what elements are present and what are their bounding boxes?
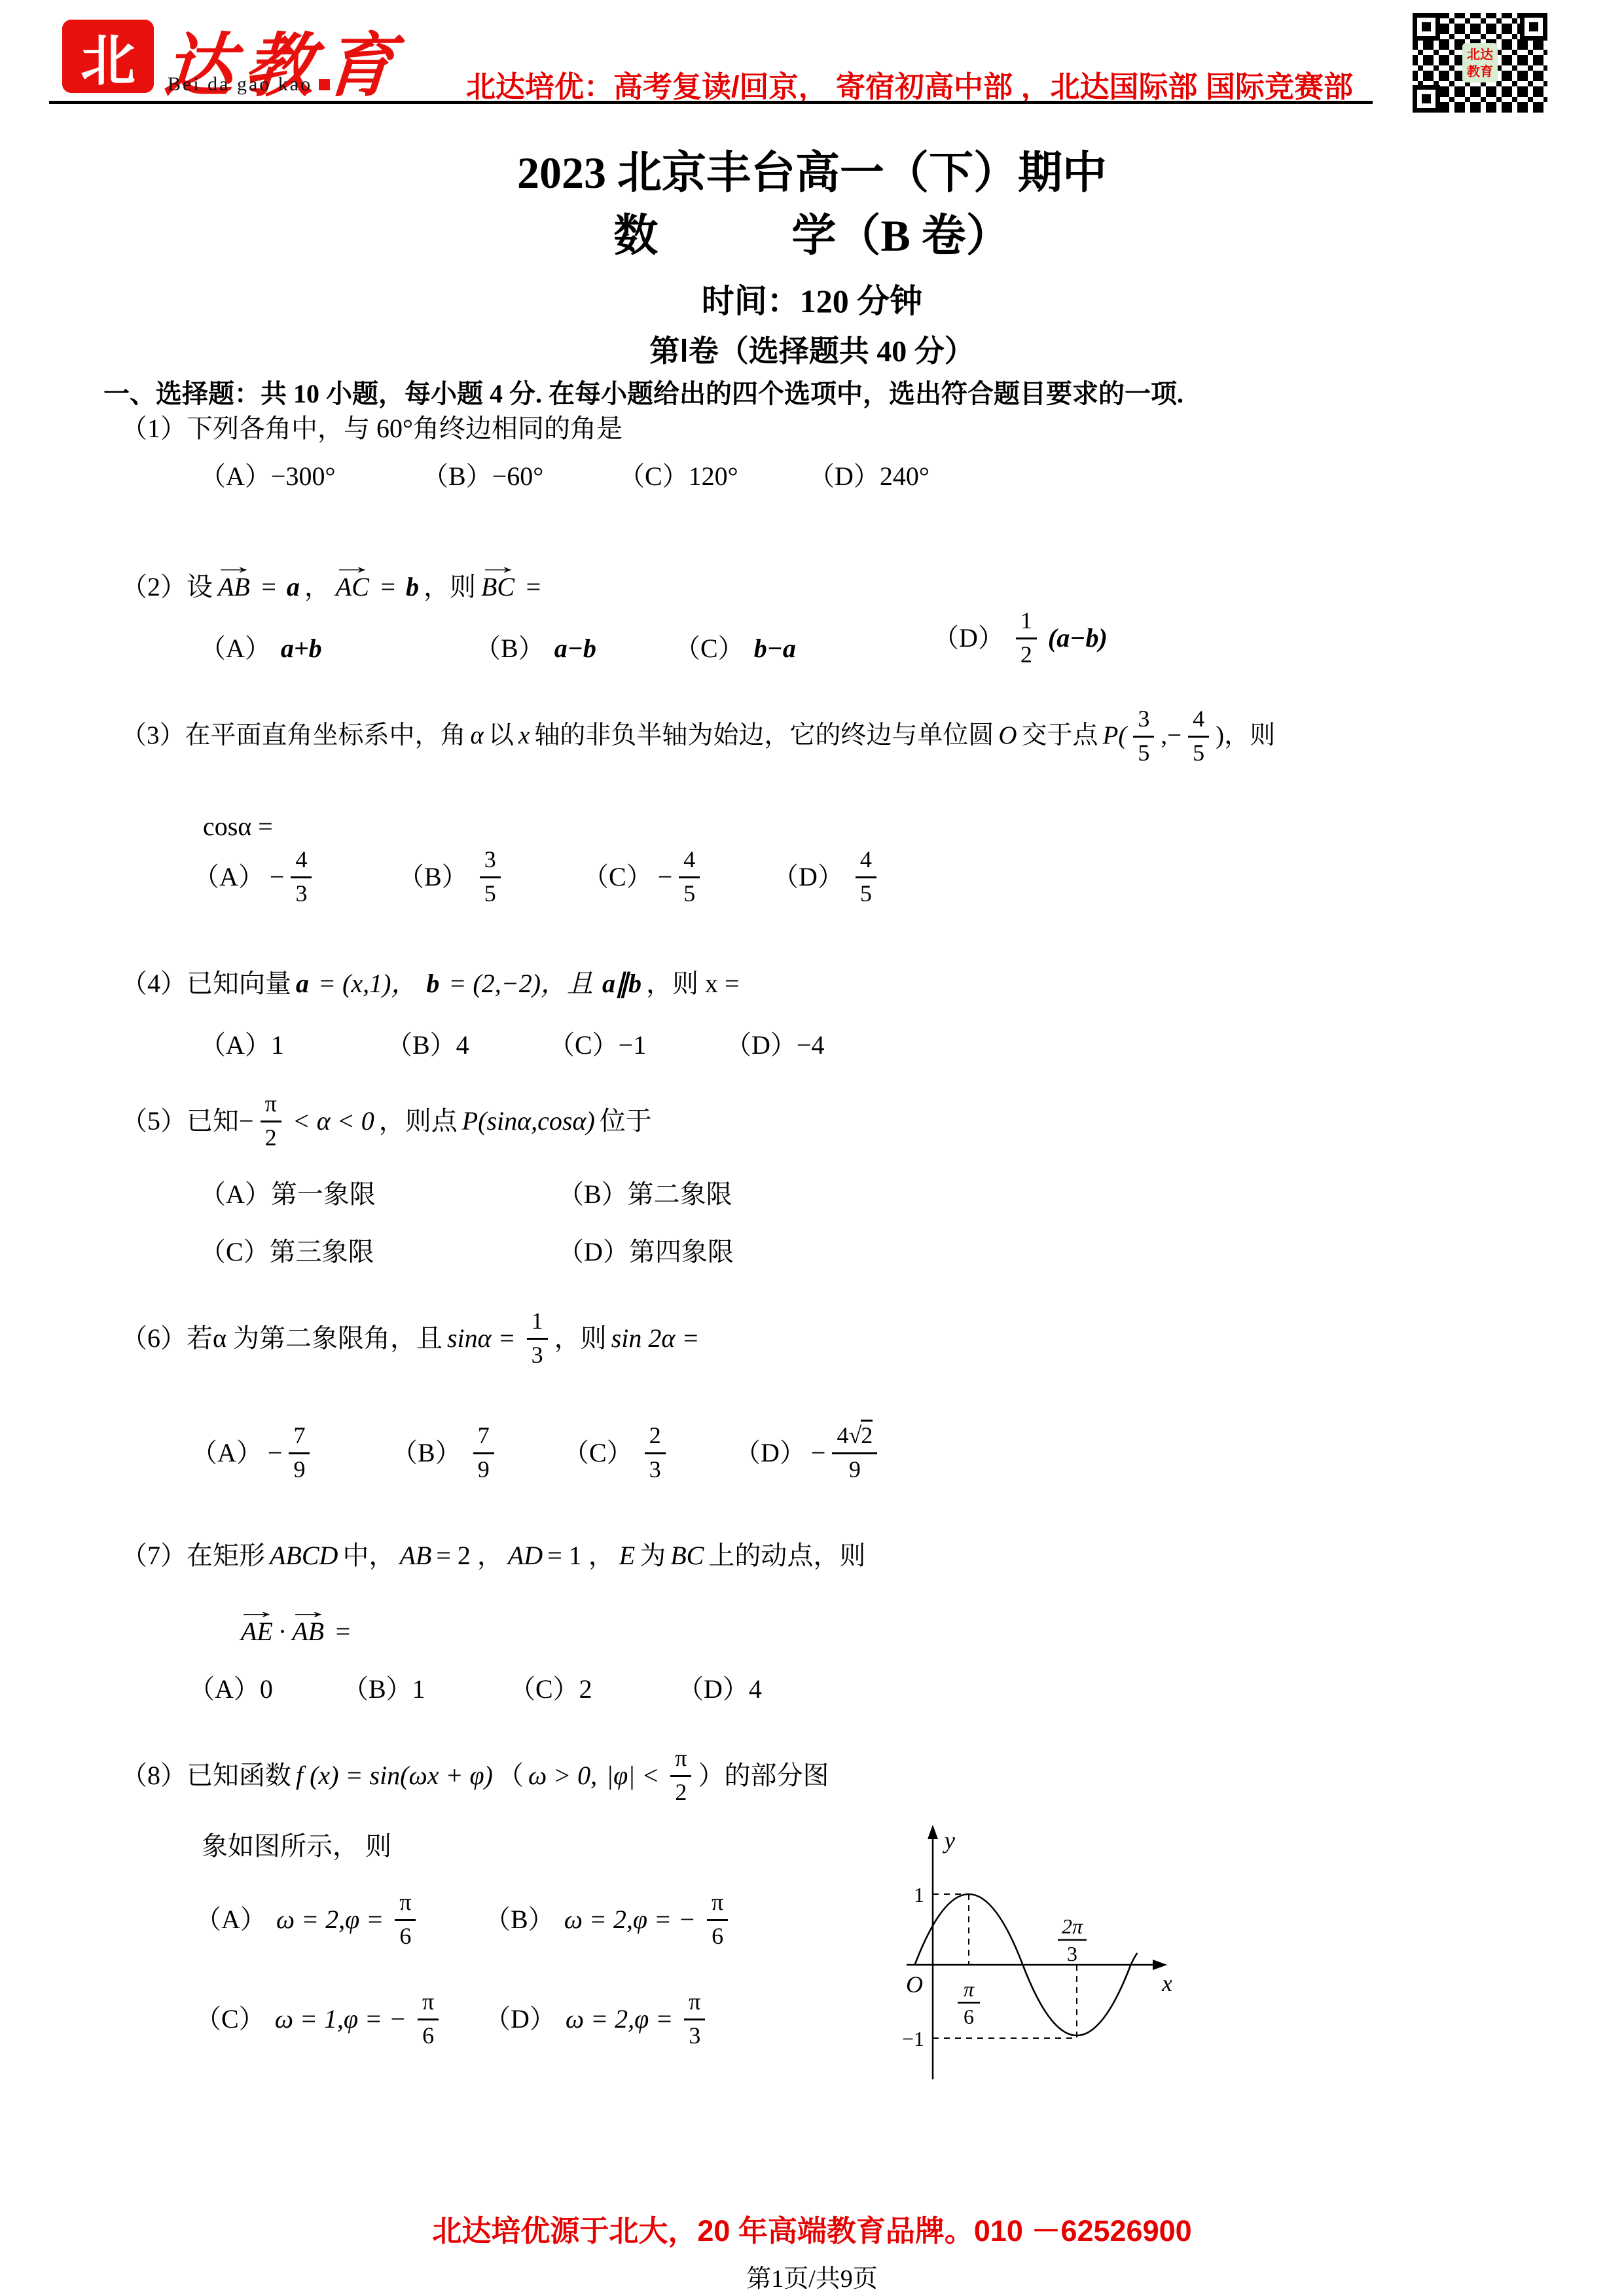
brand-subtitle-text: Bei da gao kao	[168, 73, 312, 95]
q3-number: （3）	[121, 720, 185, 752]
header-tagline: 北达培优：高考复读/回京， 寄宿初高中部 ，北达国际部 国际竞赛部	[466, 63, 1353, 105]
question-4: （4）已知向量a= (x,1)，b= (2,−2)，且a∥b，则 x =	[121, 967, 740, 1000]
question-3: （3）在平面直角坐标系中，角α以x轴的非负半轴为始边，它的终边与单位圆O交于点P…	[121, 707, 1275, 766]
question-8: （8）已知函数f (x) = sin(ωx + φ)（ω > 0,|φ| <π2…	[121, 1746, 829, 1805]
q2-option-b: （B）a−b	[475, 632, 601, 665]
svg-text:6: 6	[964, 2005, 974, 2028]
x-tick-pi-over-6: π 6	[958, 1977, 980, 2028]
section-instructions: 一、选择题：共 10 小题，每小题 4 分. 在每小题给出的四个选项中，选出符合…	[103, 373, 1183, 410]
q8-option-b: （B）ω = 2,φ = −π6	[484, 1890, 734, 1949]
q2-comma2: ，则	[424, 572, 476, 601]
q3-fraction-1: 35	[1133, 707, 1154, 766]
q4-option-d: （D）−4	[725, 1029, 824, 1062]
part-one-heading: 第Ⅰ卷（选择题共 40 分）	[0, 327, 1624, 370]
q5-option-a: （A）第一象限	[200, 1178, 376, 1211]
q7-option-d: （D）4	[677, 1673, 762, 1706]
qr-label-bottom: 教育	[1467, 63, 1493, 79]
q2-eq2: =	[379, 572, 397, 601]
time-limit: 时间：120 分钟	[0, 275, 1624, 322]
q2-option-c-label: （C）	[674, 634, 744, 663]
svg-text:2π: 2π	[1062, 1914, 1083, 1938]
q5-fraction: π2	[261, 1092, 281, 1151]
x-axis-label: x	[1161, 1970, 1172, 1996]
q2-option-a: （A）a+b	[200, 632, 327, 665]
q8-line2: 象如图所示， 则	[202, 1830, 391, 1863]
svg-text:3: 3	[1067, 1942, 1077, 1965]
q8-fraction: π2	[670, 1746, 691, 1805]
q4-option-a: （A）1	[200, 1029, 284, 1062]
q7-option-c: （C）2	[509, 1673, 592, 1706]
subject-title: 数 学（B 卷）	[0, 200, 1624, 264]
q6-option-a: （A）−79	[191, 1424, 316, 1482]
q2-option-b-value: a−b	[554, 634, 596, 663]
q2-option-c-value: b−a	[754, 634, 796, 663]
q4-option-b: （B）4	[386, 1029, 469, 1062]
q6-option-b: （B）79	[391, 1424, 501, 1482]
q2-option-d-fraction: 12	[1016, 609, 1037, 668]
q2-text: 设	[187, 572, 213, 601]
q5-option-c: （C）第三象限	[200, 1236, 374, 1268]
q2-option-c: （C）b−a	[674, 632, 801, 665]
exam-title: 2023 北京丰台高一（下）期中	[0, 137, 1624, 201]
q2-vector-b: b	[406, 572, 419, 601]
qr-label-top: 北达	[1467, 46, 1493, 62]
svg-text:π: π	[964, 1977, 975, 2001]
q7-expression: AE·AB=	[236, 1615, 356, 1648]
q2-eq1: =	[260, 572, 278, 601]
q8-sine-graph: y x O 1 −1 π 6 2π 3	[869, 1795, 1197, 2102]
question-5: （5）已知−π2< α < 0，则点P(sinα,cosα)位于	[121, 1092, 652, 1151]
sqrt-symbol: √	[848, 1422, 861, 1448]
q2-option-a-label: （A）	[200, 634, 271, 663]
qr-code: 北达 教育	[1413, 13, 1547, 113]
q5-number: （5）	[121, 1105, 187, 1138]
origin-label: O	[906, 1971, 923, 1998]
q3-option-a: （A）−43	[193, 848, 318, 906]
vector-AE: AE	[241, 1615, 273, 1648]
question-2: （2）设AB=a，AC=b，则BC=	[121, 571, 547, 603]
x-tick-2pi-over-3: 2π 3	[1058, 1914, 1087, 1965]
q8-number: （8）	[121, 1759, 187, 1792]
q6-option-c: （C）23	[563, 1424, 672, 1482]
q1-option-d: （D）240°	[808, 460, 929, 493]
q3-fraction-2: 45	[1188, 707, 1209, 766]
q8-option-a: （A）ω = 2,φ =π6	[195, 1890, 422, 1949]
header-divider	[49, 101, 1373, 104]
x-axis-arrow	[1153, 1960, 1167, 1970]
q5-option-b: （B）第二象限	[558, 1178, 732, 1211]
seal-character: 北	[81, 17, 135, 96]
question-6: （6）若α 为第二象限角，且sinα =13，则sin 2α =	[121, 1309, 704, 1368]
page-number: 第1页/共9页	[0, 2258, 1624, 2294]
q2-vector-a: a	[287, 572, 300, 601]
footer-slogan: 北达培优源于北大，20 年高端教育品牌。010 －62526900	[0, 2207, 1624, 2250]
q1-option-b: （B）−60°	[422, 460, 543, 493]
q7-number: （7）	[121, 1541, 187, 1570]
q7-option-a: （A）0	[189, 1673, 273, 1706]
q4-number: （4）	[121, 969, 187, 998]
q2-option-d: （D） 12 (a−b)	[933, 609, 1112, 668]
q3-option-b: （B）35	[398, 848, 507, 906]
dashed-guides	[933, 1894, 1077, 2038]
q8-option-c: （C）ω = 1,φ = −π6	[195, 1990, 445, 2049]
q2-option-a-value: a+b	[281, 634, 322, 663]
q1-option-a: （A）−300°	[200, 460, 335, 493]
q6-fraction: 13	[527, 1309, 548, 1368]
q2-eq3: =	[524, 572, 542, 601]
y-tick-1: 1	[914, 1883, 924, 1907]
brand-square-icon	[319, 79, 330, 90]
vector-AC: AC	[336, 571, 369, 603]
question-7: （7）在矩形ABCD中，AB= 2 ，AD= 1 ，E为BC上的动点，则	[121, 1539, 865, 1572]
q1-number: （1）	[121, 414, 187, 443]
brand-subtitle: Bei da gao kao	[168, 73, 330, 96]
q3-option-c: （C）−45	[583, 848, 706, 906]
q3-line2: cosα =	[203, 810, 273, 843]
q2-number: （2）	[121, 572, 187, 601]
q8-option-d: （D）ω = 2,φ =π3	[484, 1990, 712, 2049]
q2-option-b-label: （B）	[475, 634, 545, 663]
vector-AB-2: AB	[292, 1615, 324, 1648]
q7-option-b: （B）1	[342, 1673, 425, 1706]
q6-number: （6）	[121, 1322, 187, 1355]
vector-BC: BC	[481, 571, 514, 603]
q1-option-c: （C）120°	[619, 460, 738, 493]
q3-option-d: （D）45	[772, 848, 883, 906]
q2-comma1: ，	[304, 572, 331, 601]
q2-option-d-label: （D）	[933, 622, 1004, 655]
y-tick-neg1: −1	[902, 2027, 924, 2051]
vector-AB: AB	[218, 571, 250, 603]
q2-option-d-rest: (a−b)	[1048, 622, 1108, 655]
y-axis-arrow	[928, 1825, 938, 1839]
exam-page: 北 达教育 Bei da gao kao 北达培优：高考复读/回京， 寄宿初高中…	[0, 0, 1624, 2296]
q6-option-d: （D）−4√29	[734, 1424, 884, 1482]
question-1: （1）下列各角中，与 60°角终边相同的角是	[121, 412, 623, 445]
q1-text: 下列各角中，与 60°角终边相同的角是	[187, 414, 623, 443]
q5-option-d: （D）第四象限	[558, 1236, 734, 1268]
y-axis-label: y	[943, 1827, 955, 1854]
brand-seal-logo: 北	[62, 20, 154, 93]
q4-option-c: （C）−1	[549, 1029, 646, 1062]
